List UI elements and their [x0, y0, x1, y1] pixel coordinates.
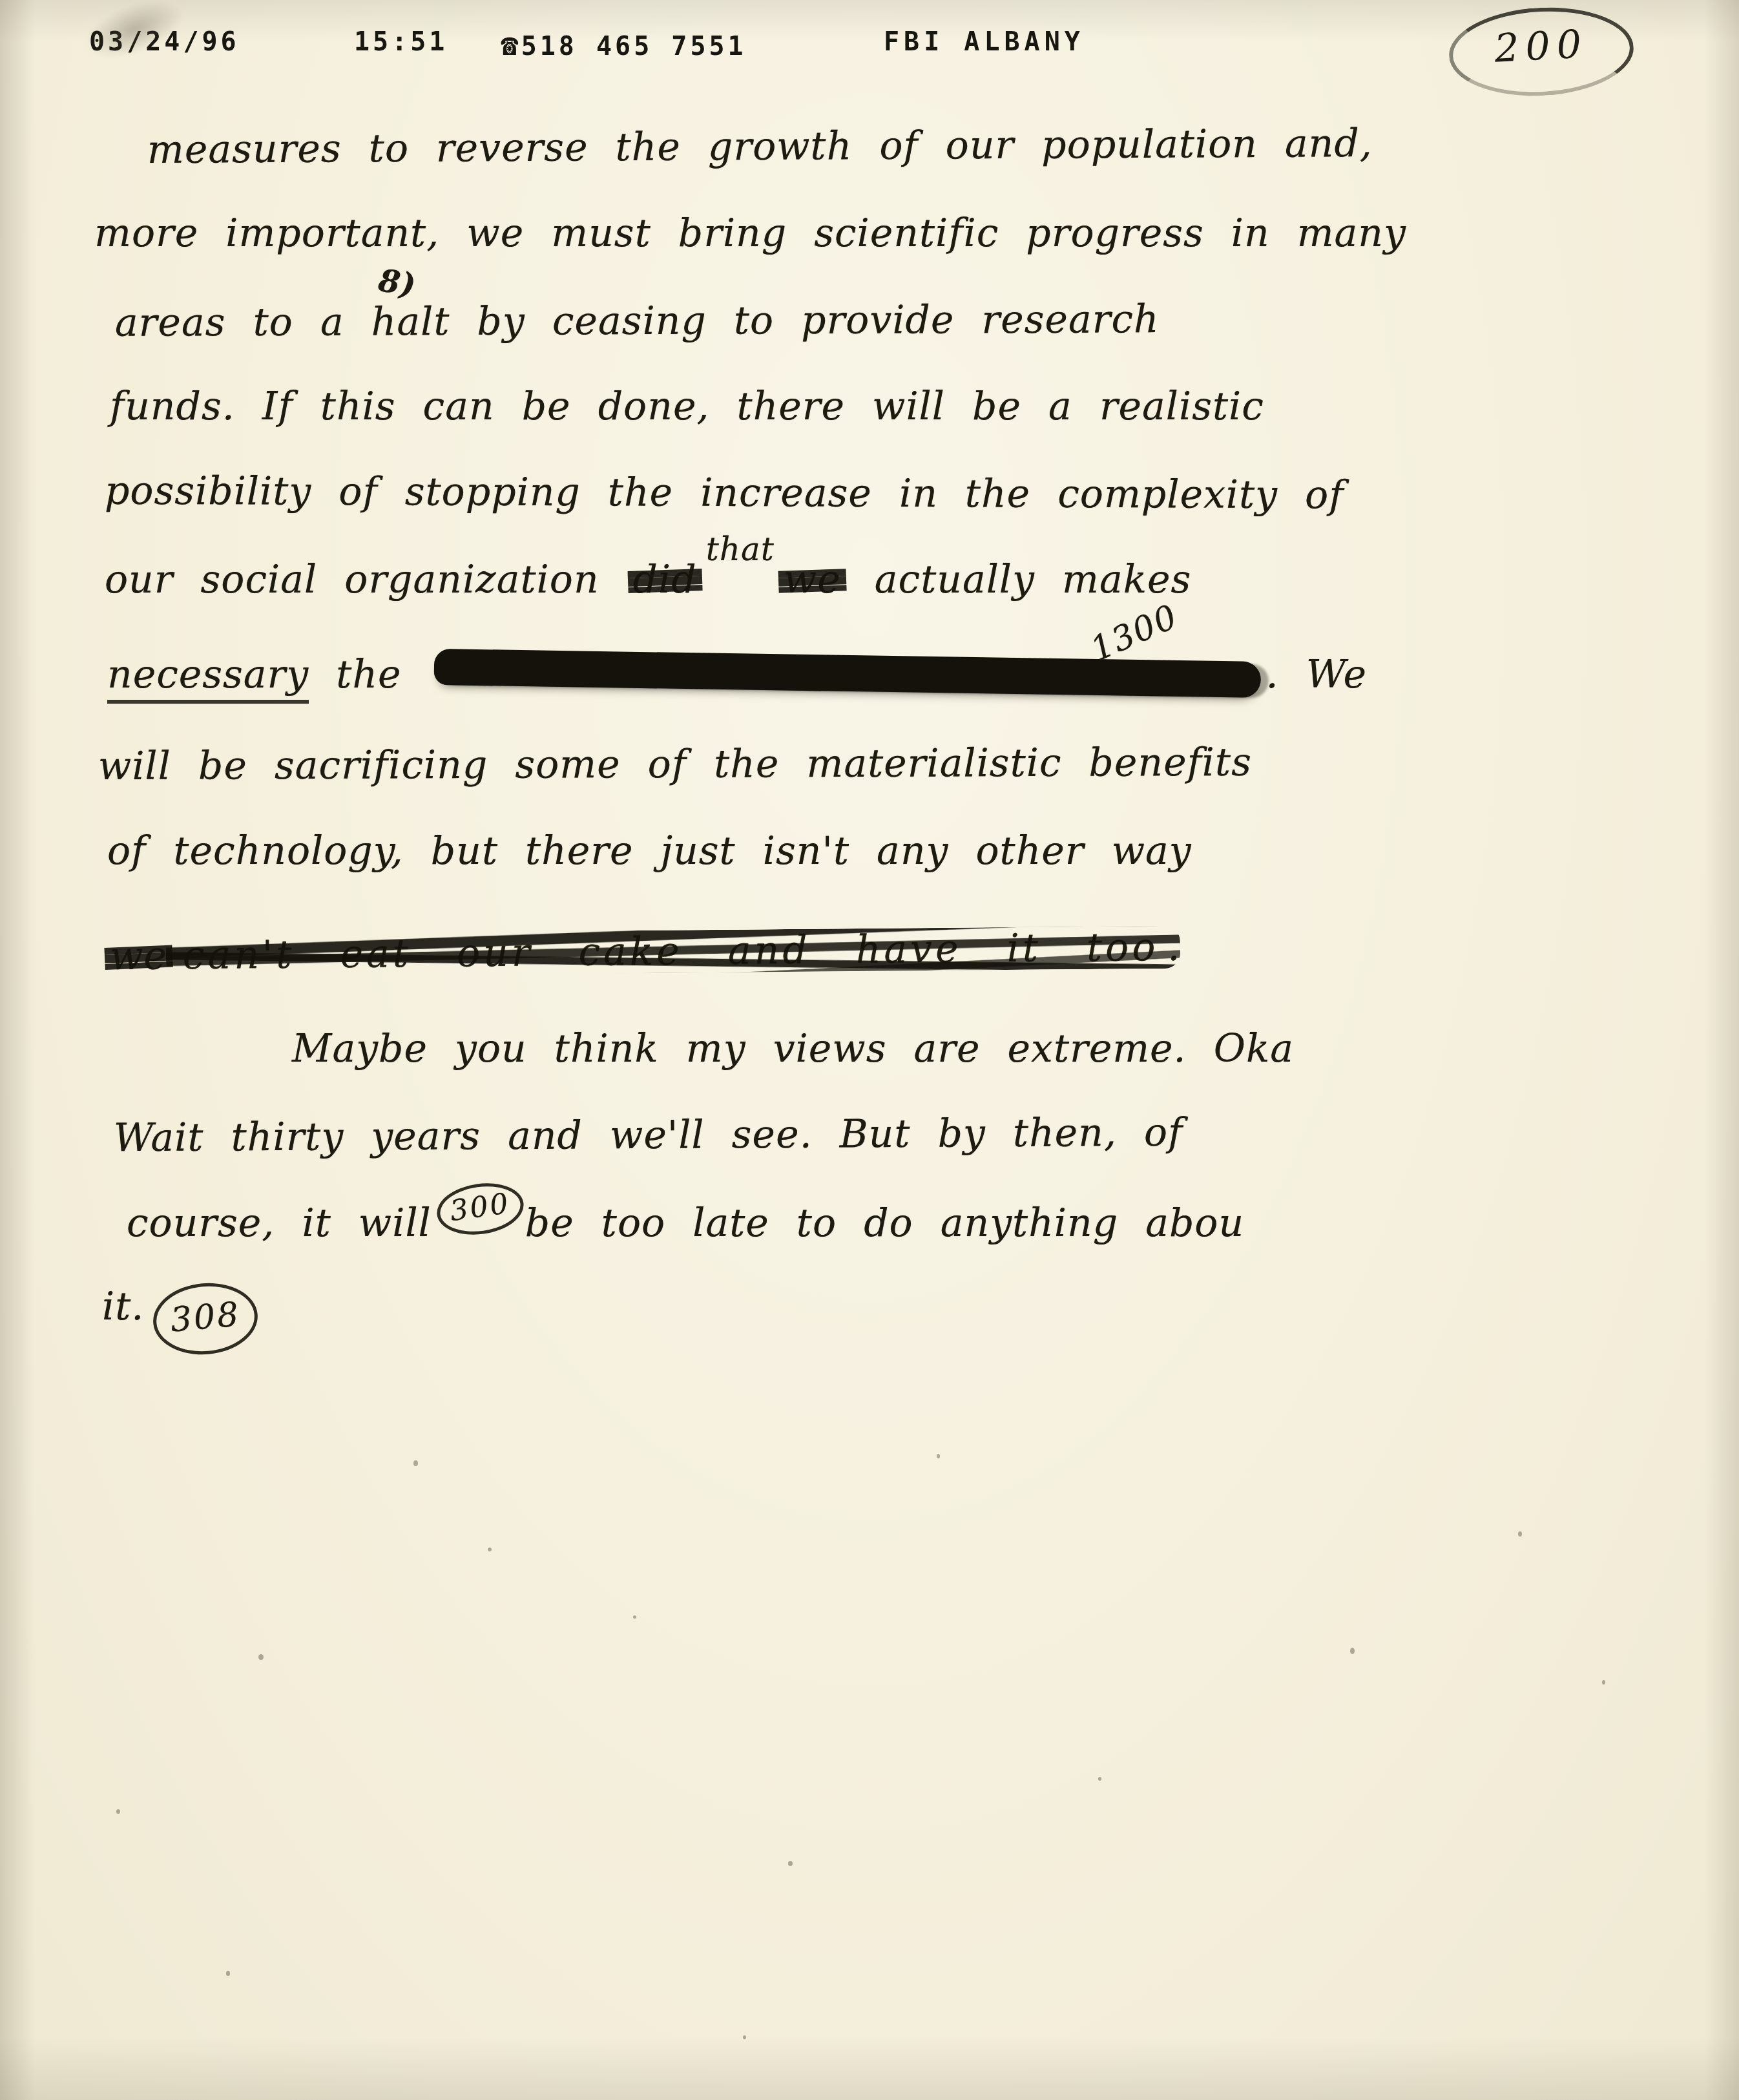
annotation-number-1300: 1300 [1085, 597, 1184, 669]
line-text: . We [1266, 652, 1367, 697]
line-text: Wait thirty years and we'll see. But by … [114, 1110, 1183, 1161]
handwritten-line: of technology, but there just isn't any … [107, 828, 1192, 874]
line-text: Maybe you think my views are extreme. Ok… [292, 1026, 1294, 1071]
line-text: of technology, but there just isn't any … [107, 828, 1192, 874]
handwritten-line: measures to reverse the growth of our po… [147, 121, 1373, 173]
blacked-out-passage [433, 649, 1261, 698]
handwritten-line: course, it will300be too late to do anyt… [127, 1201, 1244, 1254]
fax-phone-number: 518 465 7551 [521, 32, 747, 61]
handwritten-line: our social organization didthatwe actual… [105, 557, 1191, 602]
scan-speck [226, 1971, 230, 1976]
scan-speck [788, 1861, 793, 1866]
line-text: be too late to do anything abou [525, 1201, 1244, 1246]
scan-speck [937, 1454, 940, 1458]
correction-mark: 8) [376, 262, 418, 304]
handwritten-line: necessary the . We1300 [107, 651, 1367, 697]
scan-speck [1350, 1648, 1355, 1654]
circled-annotation-308: 308 [151, 1279, 261, 1359]
scan-speck [258, 1654, 264, 1660]
line-text: more important, [94, 211, 439, 256]
scan-speck [633, 1615, 636, 1619]
scan-smudge [78, 0, 191, 69]
handwritten-line: possibility of stopping the increase in … [105, 468, 1344, 518]
scan-speck [1098, 1777, 1101, 1781]
handwritten-line: wecan't eat our cake and have it too. [103, 925, 1181, 980]
fax-office-name: FBI ALBANY [884, 27, 1085, 57]
crossed-out-word: did [633, 557, 697, 602]
handwritten-line: will be sacrificing some of the material… [98, 740, 1252, 789]
scan-speck [743, 2035, 746, 2039]
line-text: the [309, 652, 428, 697]
phone-icon: ☎ [501, 27, 519, 62]
handwritten-line: it.308 [102, 1274, 260, 1345]
underlined-word: necessary [107, 652, 309, 704]
fax-scan-page: { "fax_header": { "date": "03/24/96", "t… [0, 0, 1739, 2100]
scan-speck [488, 1548, 492, 1551]
crossed-out-word: we [110, 933, 167, 979]
line-text: actually makes [848, 557, 1192, 602]
line-text: course, it will [127, 1201, 432, 1246]
crossed-out-word: we [784, 557, 841, 602]
handwritten-line: Maybe you think my views are extreme. Ok… [292, 1026, 1294, 1071]
line-text: we must bring scientific progress in man… [439, 211, 1406, 256]
handwritten-line: more important,8) we must bring scientif… [94, 211, 1406, 256]
scribbled-out-passage: can't eat our cake and have it too [183, 925, 1159, 978]
scan-speck [413, 1460, 418, 1466]
line-text: measures to reverse the growth of our po… [147, 121, 1373, 173]
fax-phone: ☎518 465 7551 [501, 27, 747, 62]
inserted-word: that [706, 530, 775, 568]
scan-speck [1518, 1531, 1522, 1537]
circled-annotation-200-text: 200 [1494, 21, 1589, 71]
handwritten-line: areas to a halt by ceasing to provide re… [115, 297, 1160, 346]
line-text: our social organization [105, 557, 627, 602]
line-text: it. [102, 1284, 144, 1329]
line-text: possibility of stopping the increase in … [105, 468, 1344, 518]
line-text: areas to a halt by ceasing to provide re… [115, 297, 1160, 346]
scan-speck [1602, 1680, 1605, 1685]
handwritten-line: funds. If this can be done, there will b… [110, 384, 1264, 429]
handwritten-line: Wait thirty years and we'll see. But by … [114, 1110, 1183, 1161]
line-text: will be sacrificing some of the material… [98, 740, 1252, 789]
fax-time: 15:51 [354, 27, 448, 57]
scan-speck [116, 1809, 120, 1814]
circled-annotation-300: 300 [433, 1178, 527, 1240]
line-text: funds. If this can be done, there will b… [110, 384, 1264, 429]
circled-annotation-200: 200 [1447, 3, 1636, 101]
